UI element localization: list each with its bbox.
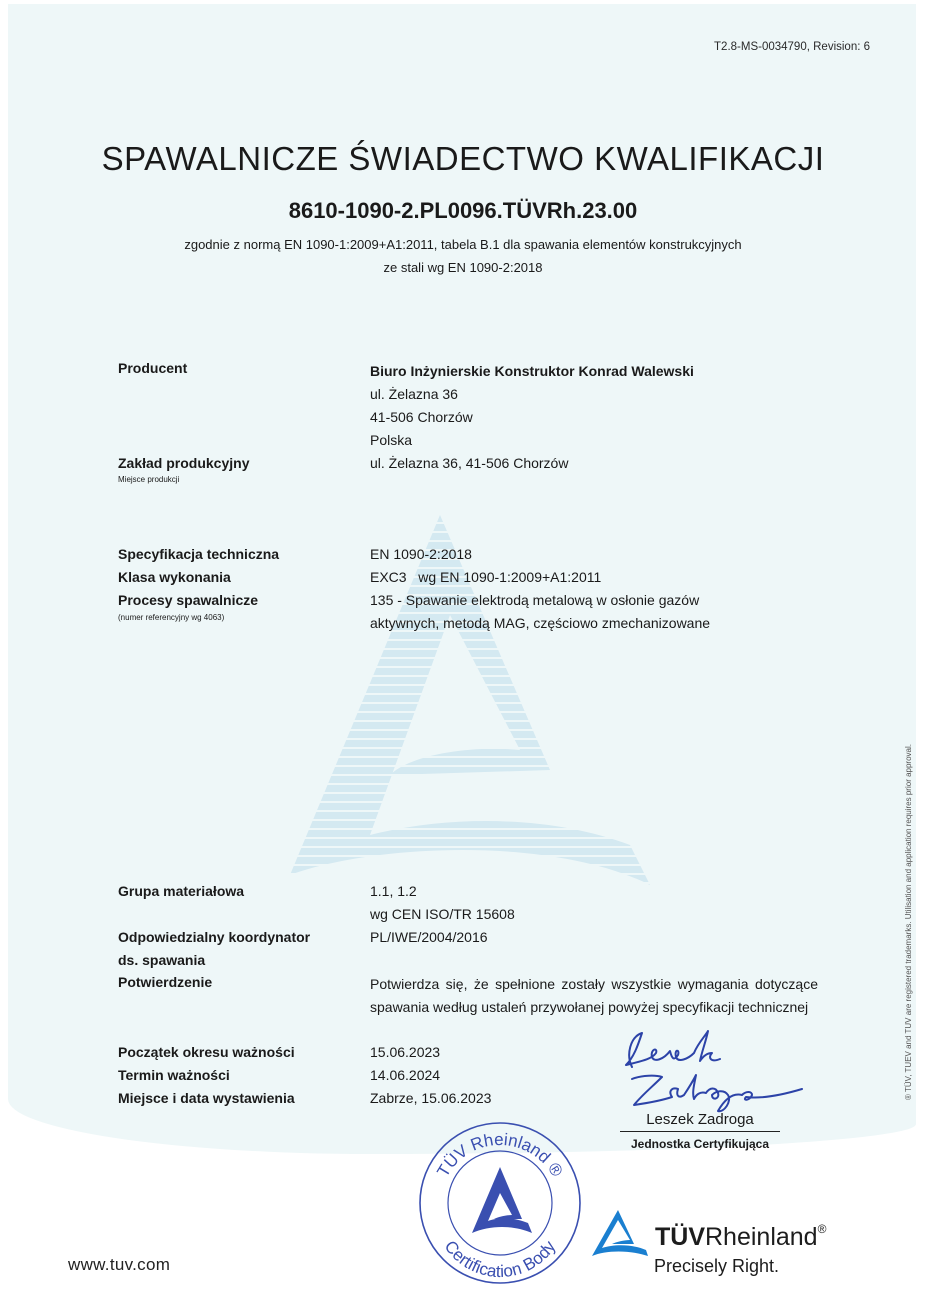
plant-sublabel: Miejsce produkcji xyxy=(118,475,179,484)
welding-processes-sublabel: (numer referencyjny wg 4063) xyxy=(118,613,224,622)
signer-name: Leszek Zadroga xyxy=(620,1111,780,1132)
svg-text:Certification Body: Certification Body xyxy=(441,1237,560,1281)
tuv-triangle-icon xyxy=(472,1167,532,1233)
registered-mark: ® xyxy=(818,1222,827,1236)
signer-role: Jednostka Certyfikująca xyxy=(610,1137,790,1151)
page-title: SPAWALNICZE ŚWIADECTWO KWALIFIKACJI xyxy=(0,140,926,178)
tuv-rheinland-logo-icon xyxy=(590,1208,652,1260)
brand-name-bold: TÜV xyxy=(655,1223,705,1251)
execution-class-label: Klasa wykonania xyxy=(118,569,231,585)
producer-name: Biuro Inżynierskie Konstruktor Konrad Wa… xyxy=(370,360,694,383)
brand-tagline: Precisely Right. xyxy=(654,1256,779,1277)
plant-value: ul. Żelazna 36, 41-506 Chorzów xyxy=(370,452,568,475)
coordinator-label-2: ds. spawania xyxy=(118,952,205,968)
confirmation-text: Potwierdza się, że spełnione zostały wsz… xyxy=(370,973,818,1019)
trademark-note: ® TÜV, TUEV and TUV are registered trade… xyxy=(904,744,913,1100)
welding-process-line-2: aktywnych, metodą MAG, częściowo zmechan… xyxy=(370,612,710,635)
welding-processes-label: Procesy spawalnicze xyxy=(118,592,258,608)
valid-from-value: 15.06.2023 xyxy=(370,1041,440,1064)
material-group-value: 1.1, 1.2 xyxy=(370,880,417,903)
subtitle-line-1: zgodnie z normą EN 1090-1:2009+A1:2011, … xyxy=(0,233,926,256)
valid-until-value: 14.06.2024 xyxy=(370,1064,440,1087)
producer-street: ul. Żelazna 36 xyxy=(370,383,458,406)
certificate-number: 8610-1090-2.PL0096.TÜVRh.23.00 xyxy=(0,198,926,224)
material-group-label: Grupa materiałowa xyxy=(118,883,244,899)
execution-class-value: EXC3 wg EN 1090-1:2009+A1:2011 xyxy=(370,566,601,589)
producer-city: 41-506 Chorzów xyxy=(370,406,473,429)
brand-name-regular: Rheinland xyxy=(705,1223,818,1251)
confirmation-label: Potwierdzenie xyxy=(118,974,212,990)
valid-until-label: Termin ważności xyxy=(118,1067,230,1083)
certification-stamp: TÜV Rheinland ® Certification Body xyxy=(414,1115,586,1287)
brand-name: TÜVRheinland® xyxy=(655,1222,826,1252)
issue-place-date-value: Zabrze, 15.06.2023 xyxy=(370,1087,491,1110)
producer-label: Producent xyxy=(118,360,187,376)
technical-spec-value: EN 1090-2:2018 xyxy=(370,543,472,566)
document-reference: T2.8-MS-0034790, Revision: 6 xyxy=(714,41,870,53)
coordinator-label-1: Odpowiedzialny koordynator xyxy=(118,929,310,945)
coordinator-value: PL/IWE/2004/2016 xyxy=(370,926,488,949)
technical-spec-label: Specyfikacja techniczna xyxy=(118,546,279,562)
stamp-bottom-text: Certification Body xyxy=(441,1237,560,1281)
website-link[interactable]: www.tuv.com xyxy=(68,1255,170,1275)
plant-label: Zakład produkcyjny xyxy=(118,455,249,471)
material-group-standard: wg CEN ISO/TR 15608 xyxy=(370,903,515,926)
producer-country: Polska xyxy=(370,429,412,452)
certificate-subtitle: zgodnie z normą EN 1090-1:2009+A1:2011, … xyxy=(0,233,926,279)
welding-process-line-1: 135 - Spawanie elektrodą metalową w osło… xyxy=(370,589,699,612)
handwritten-signature xyxy=(612,1025,812,1115)
issue-place-date-label: Miejsce i data wystawienia xyxy=(118,1090,295,1106)
valid-from-label: Początek okresu ważności xyxy=(118,1044,295,1060)
subtitle-line-2: ze stali wg EN 1090-2:2018 xyxy=(0,256,926,279)
